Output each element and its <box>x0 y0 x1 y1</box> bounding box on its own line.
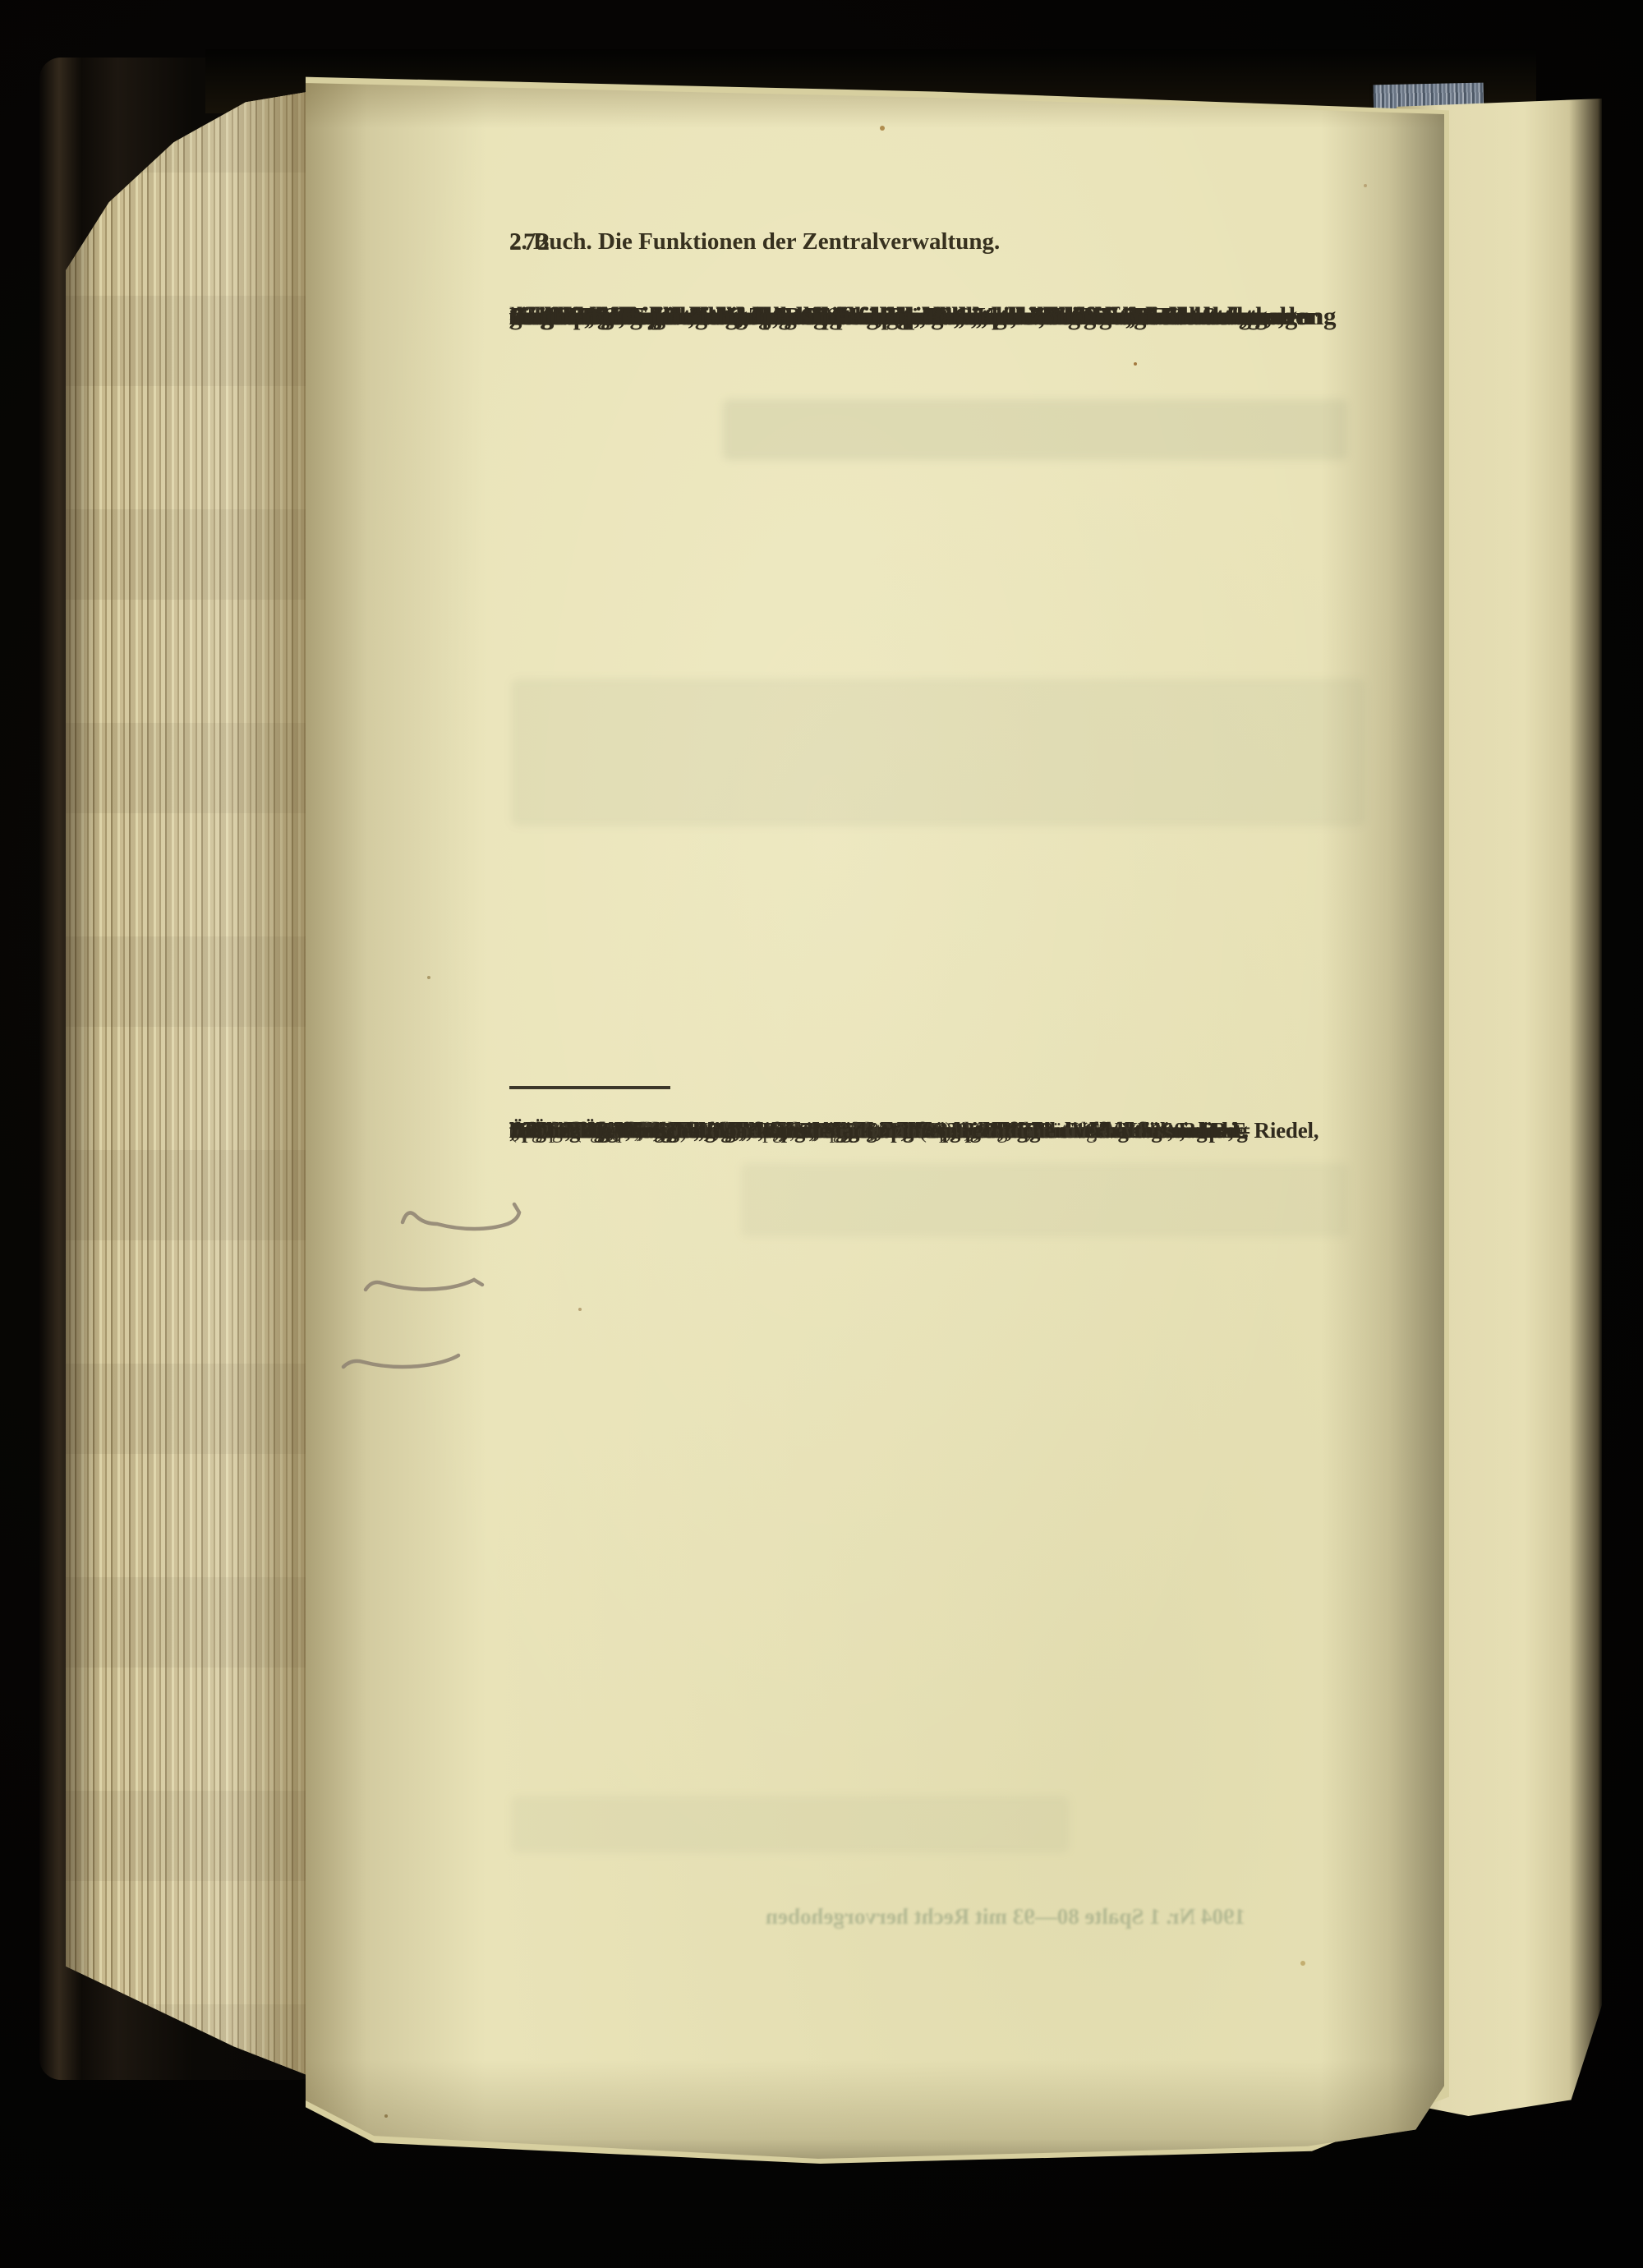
page-header: 272 2. Buch. Die Funktionen der Zentralv… <box>509 228 1401 266</box>
page-shading-left <box>306 79 486 2159</box>
show-through-blur <box>741 1163 1349 1237</box>
book-scan-photo: 1904 Nr. 1 Spalte 80—93 mit Recht hervor… <box>0 0 1643 2268</box>
running-title: 2. Buch. Die Funktionen der Zentralverwa… <box>509 228 1000 255</box>
page-fold-shadow-right <box>1321 79 1444 2159</box>
show-through-blur <box>511 679 1365 826</box>
book-page: 1904 Nr. 1 Spalte 80—93 mit Recht hervor… <box>306 79 1444 2159</box>
show-through-blur <box>511 1796 1070 1853</box>
show-through-text: 1904 Nr. 1 Spalte 80—93 mit Recht hervor… <box>766 1904 1245 1930</box>
page-stack-edges <box>66 82 306 2086</box>
show-through-blur <box>723 399 1347 460</box>
pencil-margin-marks <box>322 1180 552 1475</box>
footnote-separator <box>509 1086 670 1089</box>
